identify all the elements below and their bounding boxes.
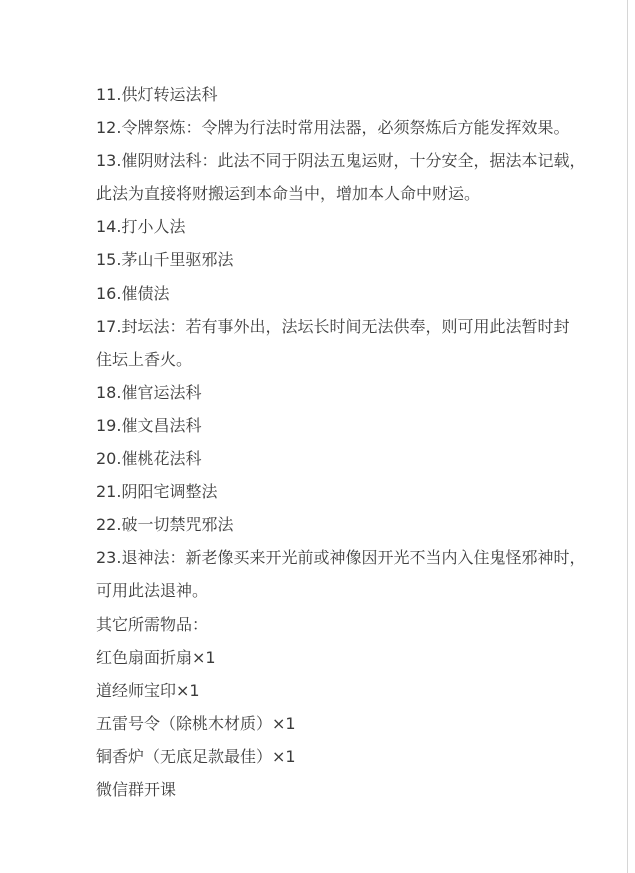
text-line: 14.打小人法 — [96, 210, 596, 243]
text-line: 此法为直接将财搬运到本命当中，增加本人命中财运。 — [96, 177, 596, 210]
text-line: 可用此法退神。 — [96, 574, 596, 607]
text-line: 13.催阴财法科：此法不同于阴法五鬼运财，十分安全，据法本记载， — [96, 144, 596, 177]
text-line: 铜香炉（无底足款最佳）×1 — [96, 740, 596, 773]
text-line: 16.催债法 — [96, 277, 596, 310]
text-line: 道经师宝印×1 — [96, 674, 596, 707]
page-right-edge-line — [627, 0, 628, 873]
text-line: 19.催文昌法科 — [96, 409, 596, 442]
text-line: 15.茅山千里驱邪法 — [96, 243, 596, 276]
text-line: 11.供灯转运法科 — [96, 78, 596, 111]
document-body: 11.供灯转运法科 12.令牌祭炼：令牌为行法时常用法器，必须祭炼后方能发挥效果… — [96, 78, 596, 806]
text-line: 17.封坛法：若有事外出，法坛长时间无法供奉，则可用此法暂时封 — [96, 310, 596, 343]
text-line: 12.令牌祭炼：令牌为行法时常用法器，必须祭炼后方能发挥效果。 — [96, 111, 596, 144]
text-line: 其它所需物品： — [96, 608, 596, 641]
text-line: 住坛上香火。 — [96, 343, 596, 376]
text-line: 22.破一切禁咒邪法 — [96, 508, 596, 541]
text-line: 红色扇面折扇×1 — [96, 641, 596, 674]
text-line: 20.催桃花法科 — [96, 442, 596, 475]
text-line: 微信群开课 — [96, 773, 596, 806]
text-line: 21.阴阳宅调整法 — [96, 475, 596, 508]
text-line: 18.催官运法科 — [96, 376, 596, 409]
text-line: 23.退神法：新老像买来开光前或神像因开光不当内入住鬼怪邪神时， — [96, 541, 596, 574]
text-line: 五雷号令（除桃木材质）×1 — [96, 707, 596, 740]
document-page: 11.供灯转运法科 12.令牌祭炼：令牌为行法时常用法器，必须祭炼后方能发挥效果… — [0, 0, 635, 873]
